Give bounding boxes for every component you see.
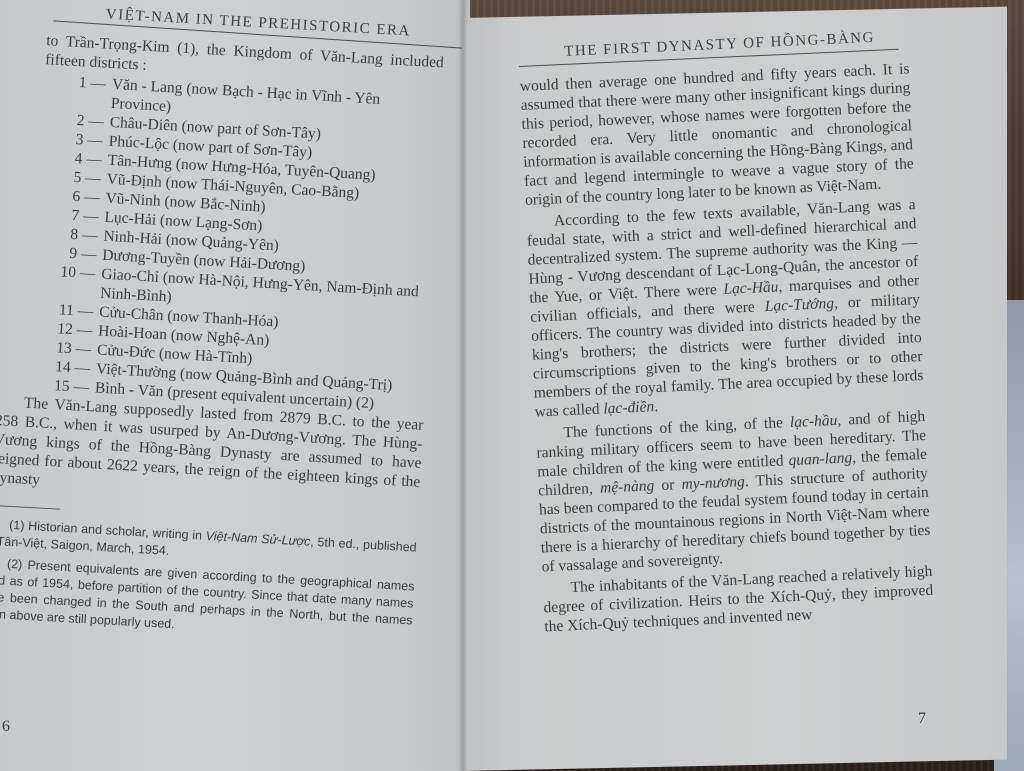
italic-term: Lạc-Hầu xyxy=(723,278,779,297)
footnotes: (1) Historian and scholar, writing in Vi… xyxy=(0,515,417,646)
italic-term: lạc-hầu xyxy=(790,412,838,431)
right-paragraph-1: would then average one hundred and fifty… xyxy=(519,59,915,210)
right-page-number: 7 xyxy=(918,710,926,728)
district-number: 1 — xyxy=(42,71,112,113)
text-run: or xyxy=(654,476,682,494)
left-page-content: VIỆT-NAM IN THE PREHISTORIC ERA to Trần-… xyxy=(0,0,446,651)
right-paragraph-2: According to the few texts available, Vă… xyxy=(526,195,925,421)
left-body: to Trần-Trọng-Kim (1), the Kingdom of Vă… xyxy=(27,31,445,416)
text-run: . xyxy=(654,398,659,415)
footnote-rule xyxy=(0,505,60,510)
district-number: 10 — xyxy=(32,261,102,303)
italic-term: Lạc-Tướng xyxy=(764,295,834,315)
district-list: 1 —Văn - Lang (now Bạch - Hạc in Vĩnh - … xyxy=(27,71,442,416)
right-paragraph-3: The functions of the king, of the lạc-hầ… xyxy=(535,407,931,577)
left-page-number: 6 xyxy=(2,718,10,736)
right-page-content: THE FIRST DYNASTY OF HỒNG-BÀNG would the… xyxy=(518,28,935,639)
italic-term: my-nương xyxy=(681,473,745,493)
book-gutter xyxy=(458,0,468,771)
italic-term: mệ-nàng xyxy=(600,477,655,496)
footnote-1-title: Việt-Nam Sử-Lược xyxy=(205,529,310,549)
italic-term: lạc-điền xyxy=(603,398,655,417)
italic-term: quan-lang xyxy=(788,449,852,469)
left-page: VIỆT-NAM IN THE PREHISTORIC ERA to Trần-… xyxy=(0,0,470,771)
